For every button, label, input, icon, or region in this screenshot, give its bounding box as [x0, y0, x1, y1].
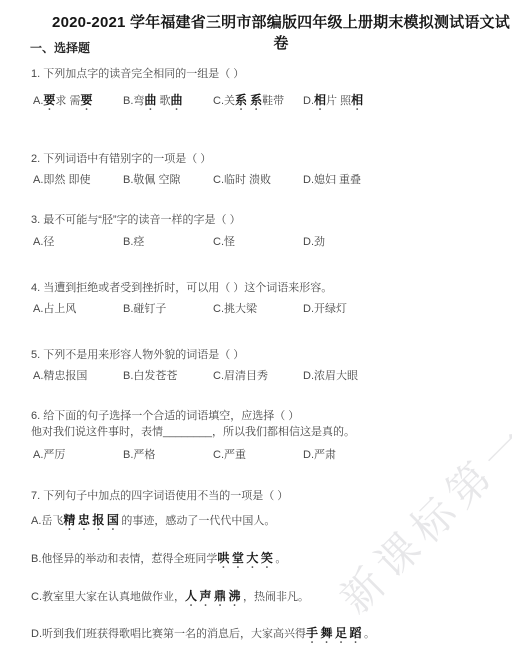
question-6-option-a: A.严厉	[33, 446, 123, 462]
question-4-options: A.占上风 B.碰钉子 C.挑大梁 D.开绿灯	[33, 300, 504, 316]
question-6-stem: 6. 给下面的句子选择一个合适的词语填空，应选择（ ）	[31, 407, 500, 423]
question-5-option-b: B.白发苍苍	[123, 367, 213, 383]
question-6-option-c: C.严重	[213, 446, 303, 462]
page-title: 2020-2021 学年福建省三明市部编版四年级上册期末模拟测试语文试卷	[50, 11, 512, 53]
question-4-option-a: A.占上风	[33, 300, 123, 316]
question-3-option-c: C.怪	[213, 233, 303, 249]
question-3-stem: 3. 最不可能与“胫”字的读音一样的字是（ ）	[31, 211, 500, 227]
question-4-option-c: C.挑大梁	[213, 300, 303, 316]
question-7-option-a: A.岳飞精忠报国的事迹，感动了一代代中国人。	[31, 511, 508, 533]
exam-paper-document: 新课标第一网 2020-2021 学年福建省三明市部编版四年级上册期末模拟测试语…	[0, 0, 512, 655]
question-5-options: A.精忠报国 B.白发苍苍 C.眉清目秀 D.浓眉大眼	[33, 367, 504, 383]
question-5-option-a: A.精忠报国	[33, 367, 123, 383]
question-2-option-c: C.临时 溃败	[213, 171, 303, 187]
question-6-options: A.严厉 B.严格 C.严重 D.严肃	[33, 446, 504, 462]
question-5-option-d: D.浓眉大眼	[303, 367, 358, 383]
question-4-option-b: B.碰钉子	[123, 300, 213, 316]
question-4-stem: 4. 当遭到拒绝或者受到挫折时，可以用（ ）这个词语来形容。	[31, 279, 500, 295]
question-2-option-b: B.敬佩 空隙	[123, 171, 213, 187]
section-header: 一、选择题	[30, 39, 90, 56]
question-7-option-c: C.教室里大家在认真地做作业，人声鼎沸，热闹非凡。	[31, 587, 508, 609]
question-3-option-a: A.径	[33, 233, 123, 249]
question-2-option-a: A.即然 即使	[33, 171, 123, 187]
question-3-option-b: B.痉	[123, 233, 213, 249]
question-3-options: A.径 B.痉 C.怪 D.劲	[33, 233, 504, 249]
question-7-stem: 7. 下列句子中加点的四字词语使用不当的一项是（ ）	[31, 487, 500, 503]
question-1-option-d: D.相片 照相	[303, 91, 363, 113]
question-1-stem: 1. 下列加点字的读音完全相同的一组是（ ）	[31, 65, 500, 81]
question-1-option-a: A.要求 需要	[33, 91, 123, 113]
question-3-option-d: D.劲	[303, 233, 325, 249]
question-7-option-b: B.他怪异的举动和表情，惹得全班同学哄堂大笑。	[31, 549, 508, 571]
question-2-options: A.即然 即使 B.敬佩 空隙 C.临时 溃败 D.媳妇 重叠	[33, 171, 504, 187]
question-7-option-d: D.听到我们班获得歌唱比赛第一名的消息后，大家高兴得手舞足蹈。	[31, 624, 508, 646]
question-2-stem: 2. 下列词语中有错别字的一项是（ ）	[31, 150, 500, 166]
question-5-stem: 5. 下列不是用来形容人物外貌的词语是（ ）	[31, 346, 500, 362]
question-6-fill-blank-sentence: 他对我们说这件事时，表情________，所以我们都相信这是真的。	[31, 423, 500, 439]
question-1-options: A.要求 需要 B.弯曲 歌曲 C.关系 系鞋带 D.相片 照相	[33, 91, 504, 113]
question-1-option-b: B.弯曲 歌曲	[123, 91, 213, 113]
question-1-option-c: C.关系 系鞋带	[213, 91, 303, 113]
question-6-option-d: D.严肃	[303, 446, 336, 462]
question-5-option-c: C.眉清目秀	[213, 367, 303, 383]
question-6-option-b: B.严格	[123, 446, 213, 462]
question-4-option-d: D.开绿灯	[303, 300, 347, 316]
question-2-option-d: D.媳妇 重叠	[303, 171, 361, 187]
